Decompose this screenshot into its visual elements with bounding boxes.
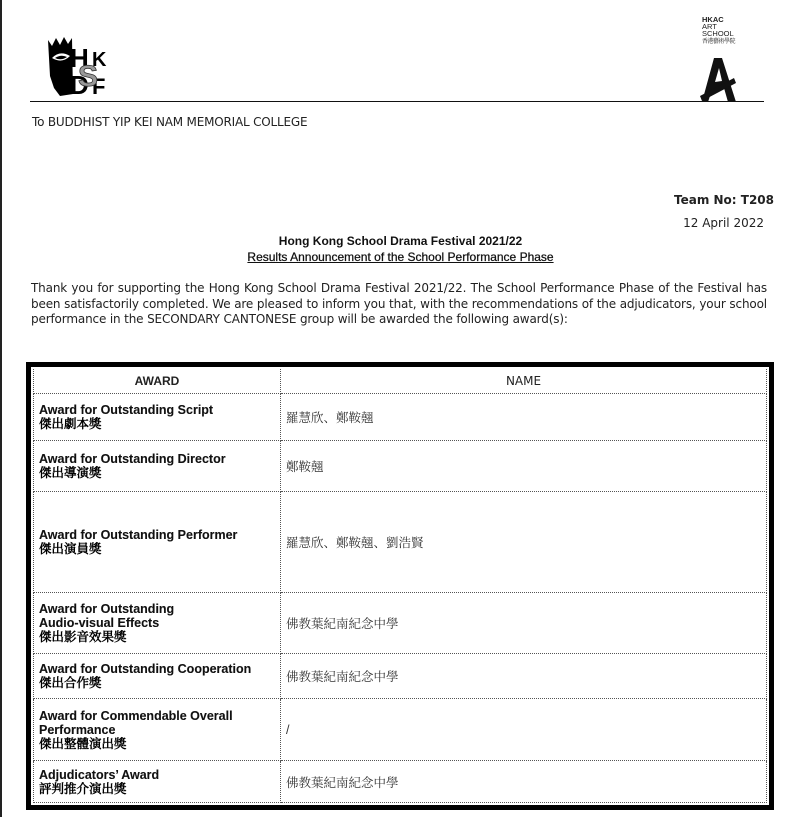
hksdf-logo: H K D F S xyxy=(46,36,116,98)
table-row: Award for Outstanding Cooperation 傑出合作獎 … xyxy=(34,654,767,699)
table-row: Award for Commendable Overall Performanc… xyxy=(34,699,767,761)
table-row: Award for Outstanding Script 傑出劇本獎 羅慧欣、鄭… xyxy=(34,394,767,441)
award-cell: Award for Outstanding Performer 傑出演員獎 xyxy=(34,492,281,593)
recipient-cell: 佛教葉紀南紀念中學 xyxy=(281,654,767,699)
award-name-zh: 傑出整體演出獎 xyxy=(39,737,275,751)
awards-table-frame: AWARD NAME Award for Outstanding Script … xyxy=(26,362,774,810)
award-cell: Award for Outstanding Director 傑出導演獎 xyxy=(34,441,281,492)
award-column-header: AWARD xyxy=(34,369,281,394)
table-header-row: AWARD NAME xyxy=(34,369,767,394)
award-name-en: Award for Outstanding Director xyxy=(39,452,275,466)
header-divider xyxy=(30,101,764,102)
document-title-block: Hong Kong School Drama Festival 2021/22 … xyxy=(0,233,801,265)
name-column-header: NAME xyxy=(281,369,767,394)
awards-table: AWARD NAME Award for Outstanding Script … xyxy=(33,369,767,803)
table-row: Award for Outstanding Performer 傑出演員獎 羅慧… xyxy=(34,492,767,593)
team-number: Team No: T208 xyxy=(674,193,774,207)
recipient-cell: 鄭鞍翹 xyxy=(281,441,767,492)
table-row: Award for Outstanding Audio-visual Effec… xyxy=(34,593,767,654)
award-name-en: Award for Outstanding Audio-visual Effec… xyxy=(39,602,275,630)
award-cell: Award for Outstanding Script 傑出劇本獎 xyxy=(34,394,281,441)
art-school-a-mark-icon xyxy=(700,56,740,104)
award-name-en: Award for Outstanding Script xyxy=(39,403,275,417)
award-name-zh: 傑出演員獎 xyxy=(39,542,275,556)
recipient-cell: 羅慧欣、鄭鞍翹 xyxy=(281,394,767,441)
hkac-line4: 香港藝術學院 xyxy=(702,39,735,45)
document-title: Hong Kong School Drama Festival 2021/22 xyxy=(0,233,801,249)
award-name-en: Award for Outstanding Cooperation xyxy=(39,662,275,676)
intro-paragraph: Thank you for supporting the Hong Kong S… xyxy=(31,281,767,328)
letter-date: 12 April 2022 xyxy=(683,216,764,230)
award-name-en: Adjudicators’ Award xyxy=(39,768,275,782)
award-name-zh: 傑出影音效果獎 xyxy=(39,630,275,644)
page-edge xyxy=(0,0,2,817)
table-row: Award for Outstanding Director 傑出導演獎 鄭鞍翹 xyxy=(34,441,767,492)
award-cell: Adjudicators’ Award 評判推介演出獎 xyxy=(34,761,281,803)
award-name-en: Award for Commendable Overall Performanc… xyxy=(39,709,275,737)
hkac-art-school-logo: HKAC ART SCHOOL 香港藝術學院 xyxy=(702,16,762,104)
table-row: Adjudicators’ Award 評判推介演出獎 佛教葉紀南紀念中學 xyxy=(34,761,767,803)
award-name-zh: 傑出導演獎 xyxy=(39,466,275,480)
award-cell: Award for Commendable Overall Performanc… xyxy=(34,699,281,761)
recipient-cell: 佛教葉紀南紀念中學 xyxy=(281,593,767,654)
svg-text:S: S xyxy=(78,60,98,93)
award-name-zh: 評判推介演出獎 xyxy=(39,782,275,796)
recipient-line: To BUDDHIST YIP KEI NAM MEMORIAL COLLEGE xyxy=(32,115,307,129)
recipient-cell: 羅慧欣、鄭鞍翹、劉浩賢 xyxy=(281,492,767,593)
award-name-zh: 傑出劇本獎 xyxy=(39,417,275,431)
recipient-cell: 佛教葉紀南紀念中學 xyxy=(281,761,767,803)
award-cell: Award for Outstanding Cooperation 傑出合作獎 xyxy=(34,654,281,699)
award-name-en: Award for Outstanding Performer xyxy=(39,528,275,542)
hkac-logo-text: HKAC ART SCHOOL 香港藝術學院 xyxy=(702,16,762,46)
award-name-zh: 傑出合作獎 xyxy=(39,676,275,690)
recipient-cell: / xyxy=(281,699,767,761)
hkac-line3: SCHOOL xyxy=(702,29,734,38)
document-subtitle: Results Announcement of the School Perfo… xyxy=(0,249,801,265)
award-cell: Award for Outstanding Audio-visual Effec… xyxy=(34,593,281,654)
